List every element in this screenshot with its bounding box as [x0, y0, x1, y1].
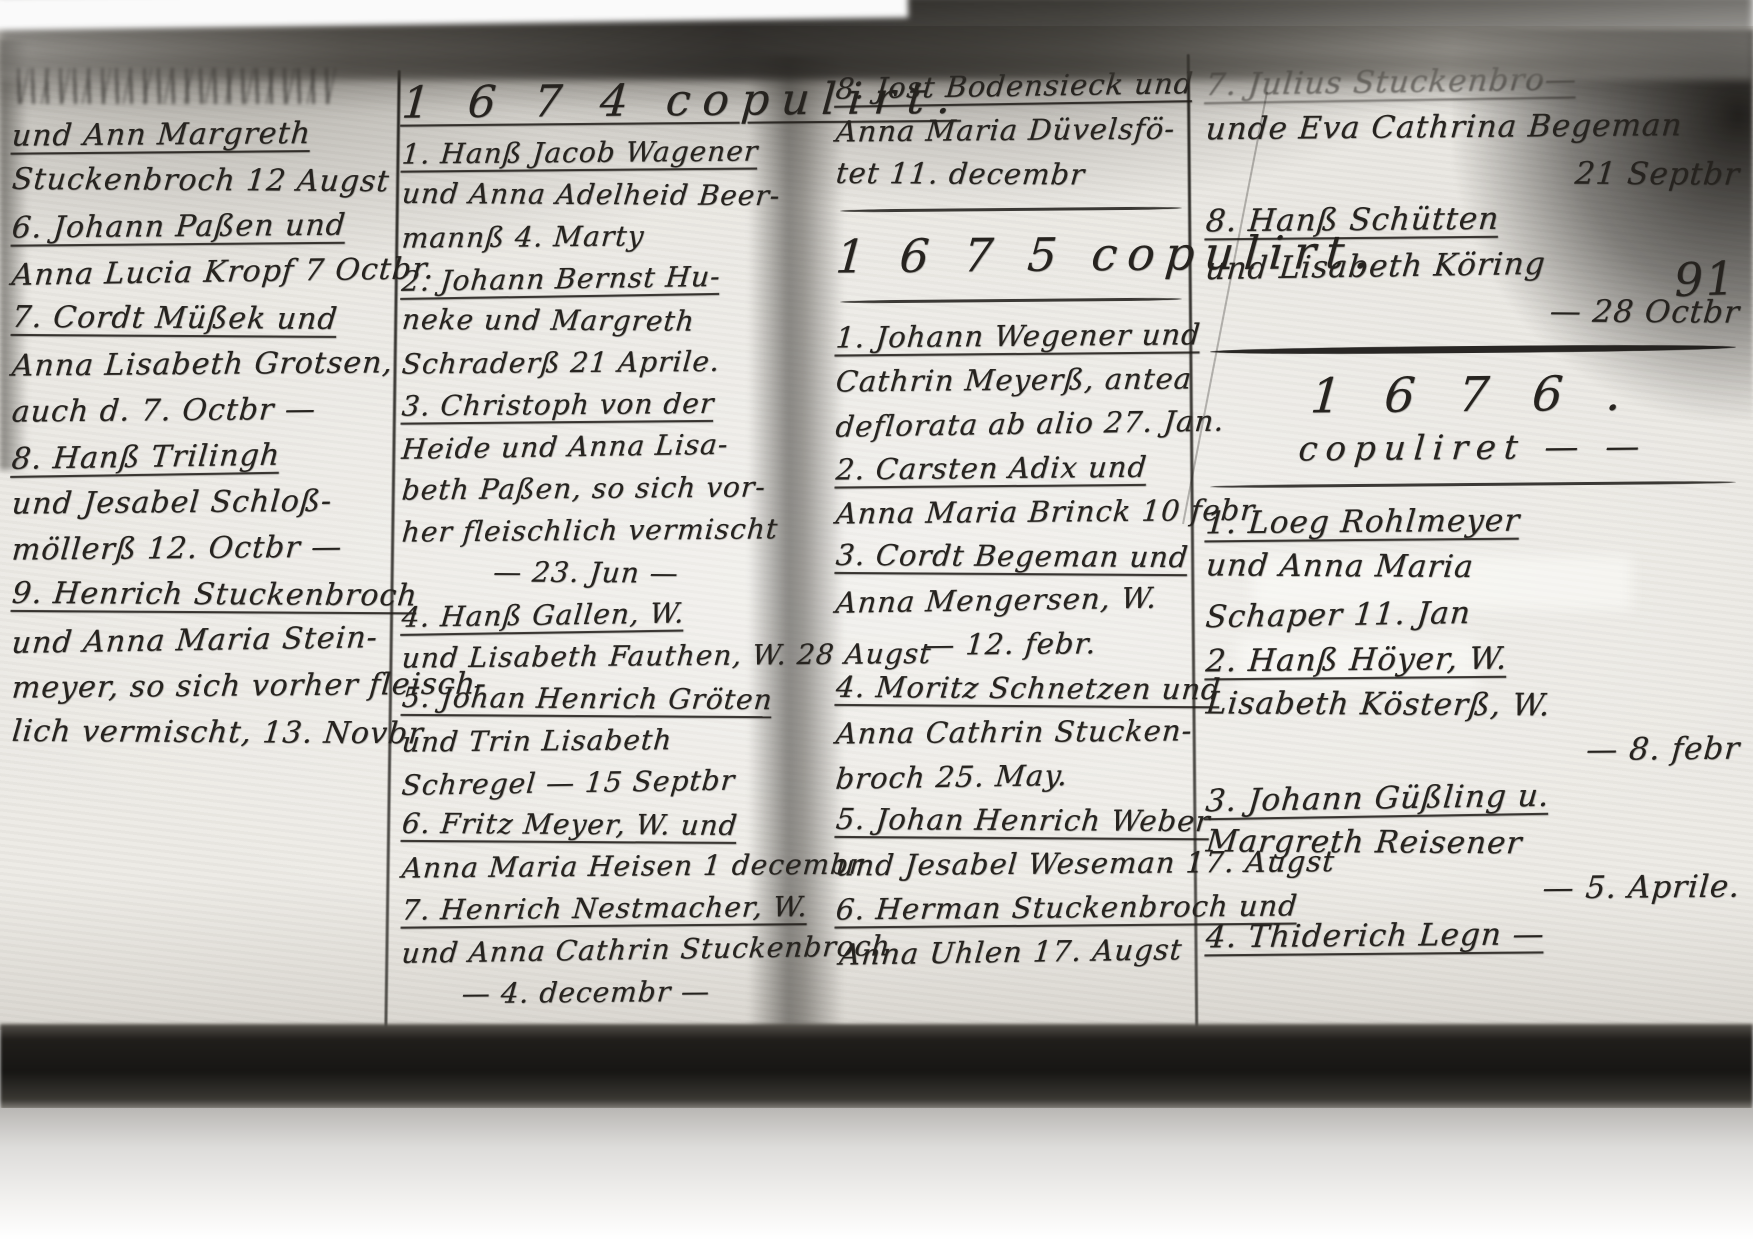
handwritten-rule — [1210, 481, 1736, 489]
register-entry-line: neke und Margreth — [400, 299, 772, 343]
year-heading: 1 6 7 4 copulirt. — [400, 70, 773, 133]
year-heading: copuliret — — — [1204, 423, 1742, 474]
register-entry-line: Anna Maria Brinck 10 febr — [834, 488, 1188, 535]
register-entry-line: Schaper 11. Jan — [1204, 586, 1743, 640]
register-entry-line: meyer, so sich vorher fleisch- — [10, 662, 386, 711]
register-entry-line: 2. Carsten Adix und — [834, 444, 1188, 491]
register-entry-line: 5. Johan Henrich Gröten — [400, 677, 772, 721]
register-entry-line: deflorata ab alio 27. Jan. — [834, 399, 1188, 448]
register-entry-line: und Jesabel Weseman 17. Augst — [834, 840, 1188, 887]
register-entry-line: 8. Jost Bodensieck und — [834, 61, 1188, 110]
register-entry-line: und Anna Adelheid Beer- — [400, 173, 772, 217]
register-entry-line: 8. Hanß Schütten — [1204, 194, 1742, 245]
register-entry-line: möllerß 12. Octbr — — [10, 524, 386, 573]
register-column-1: und Ann MargrethStuckenbroch 12 Augst6. … — [12, 66, 384, 756]
register-entry-line: tet 11. decembr — [834, 151, 1188, 197]
register-entry-line: Anna Lisabeth Grotsen, — [10, 340, 386, 389]
register-entry-line: 7. Henrich Nestmacher, W. — [400, 886, 772, 931]
register-entry-line: 1. Johann Wegener und — [834, 312, 1188, 359]
register-entry-line: 4. Moritz Schnetzen und — [834, 665, 1188, 711]
register-entry-line: und Lisabeth Köring — [1204, 238, 1743, 292]
handwritten-rule — [1210, 344, 1736, 356]
register-entry-line: Anna Mengersen, W. — [834, 575, 1188, 624]
register-entry-line: 5. Johan Henrich Weber — [834, 797, 1188, 843]
register-entry-line: 9. Henrich Stuckenbroch — [10, 571, 386, 619]
register-entry-line: 3. Johann Güßling u. — [1204, 770, 1743, 824]
register-entry-line: — 5. Aprile. — [1204, 864, 1742, 915]
register-entry-line: und Anna Maria — [1204, 542, 1742, 591]
scanner-bed-bottom — [0, 1108, 1753, 1240]
register-entry-line: — 12. febr. — [834, 620, 1188, 667]
register-entry-line: 21 Septbr — [1204, 148, 1742, 197]
register-entry-line: Schraderß 21 Aprile. — [400, 340, 772, 385]
register-entry-line: Stuckenbroch 12 Augst — [10, 157, 386, 205]
register-scan: und Ann MargrethStuckenbroch 12 Augst6. … — [0, 0, 1753, 1240]
register-entry-line: 1. Hanß Jacob Wagener — [400, 130, 772, 175]
register-entry-line: lich vermischt, 13. Novbr — [10, 709, 386, 757]
register-entry-line: Margreth Reisener — [1204, 818, 1742, 867]
register-entry-line: Anna Maria Heisen 1 decembr — [400, 844, 772, 889]
register-entry-line: mannß 4. Marty — [400, 214, 772, 259]
register-entry-line: 6. Fritz Meyer, W. und — [400, 803, 772, 847]
register-entry-line: und Trin Lisabeth — [400, 718, 772, 763]
register-entry-line: 2. Hanß Höyer, W. — [1204, 634, 1742, 685]
register-entry-line: 4. Thiderich Legn — — [1204, 910, 1742, 961]
register-entry-line: — 23. Jun — — [400, 551, 772, 595]
year-heading: 1 6 7 5 copulirt. — [833, 221, 1188, 288]
register-entry-line: Anna Cathrin Stucken- — [834, 708, 1188, 755]
register-entry-line: Anna Lucia Kropf 7 Octbr. — [10, 247, 387, 299]
register-entry-line: — 8. febr — [1204, 726, 1742, 777]
register-column-1674: 1 6 7 4 copulirt.1. Hanß Jacob Wagenerun… — [402, 72, 770, 1014]
register-entry-line: 7. Julius Stuckenbro— — [1204, 54, 1743, 108]
register-entry-line: 2. Johann Bernst Hu- — [400, 255, 772, 303]
register-column-1675: 8. Jost Bodensieck undAnna Maria Düvelsf… — [836, 64, 1186, 974]
register-entry-line: 3. Cordt Begeman und — [834, 533, 1188, 579]
register-entry-line: und Anna Maria Stein- — [10, 615, 387, 667]
register-entry-line: 4. Hanß Gallen, W. — [400, 591, 772, 639]
book-bottom-edge-band — [0, 1024, 1753, 1110]
register-entry-line: Cathrin Meyerß, antea — [834, 356, 1188, 403]
register-entry-line: Anna Maria Düvelsfö- — [834, 106, 1188, 153]
register-entry-line: Anna Uhlen 17. Augst — [834, 927, 1188, 976]
register-entry-line: beth Paßen, so sich vor- — [400, 466, 772, 511]
register-entry-line: 1. Loeg Rohlmeyer — [1204, 496, 1742, 547]
register-entry-line: Lisabeth Kösterß, W. — [1204, 680, 1742, 729]
register-entry-line: broch 25. May. — [834, 751, 1188, 800]
register-entry-line: 6. Johann Paßen und — [10, 202, 386, 251]
register-entry-line: 7. Cordt Müßek und — [10, 295, 386, 343]
register-entry-line: und Jesabel Schloß- — [10, 478, 386, 527]
handwritten-rule — [840, 298, 1182, 304]
register-entry-line: her fleischlich vermischt — [400, 508, 772, 553]
register-entry-line: Heide und Anna Lisa- — [400, 423, 772, 471]
register-entry-line: unde Eva Cathrina Begeman — [1204, 102, 1742, 153]
register-column-1676: 7. Julius Stuckenbro—unde Eva Cathrina B… — [1206, 58, 1740, 958]
register-entry-line: Schregel — 15 Septbr — [400, 759, 772, 807]
page-number: 91 — [1673, 251, 1737, 307]
register-entry-line: auch d. 7. Octbr — — [10, 386, 386, 435]
register-entry-line: und Lisabeth Fauthen, W. 28 Augst — [400, 634, 772, 679]
year-heading: 1 6 7 6 . — [1203, 363, 1742, 428]
register-entry-line: 6. Herman Stuckenbroch und — [834, 884, 1188, 931]
register-entry-line: 8. Hanß Trilingh — [10, 431, 387, 483]
handwritten-rule — [840, 207, 1182, 213]
illegible-handwriting — [12, 68, 339, 104]
register-entry-line: — 28 Octbr — [1204, 286, 1742, 335]
register-entry-line: — 4. decembr — — [400, 970, 772, 1015]
register-entry-line: und Anna Cathrin Stuckenbroch — [400, 927, 772, 975]
register-entry-line: und Ann Margreth — [10, 110, 386, 159]
register-entry-line: 3. Christoph von der — [400, 382, 772, 427]
